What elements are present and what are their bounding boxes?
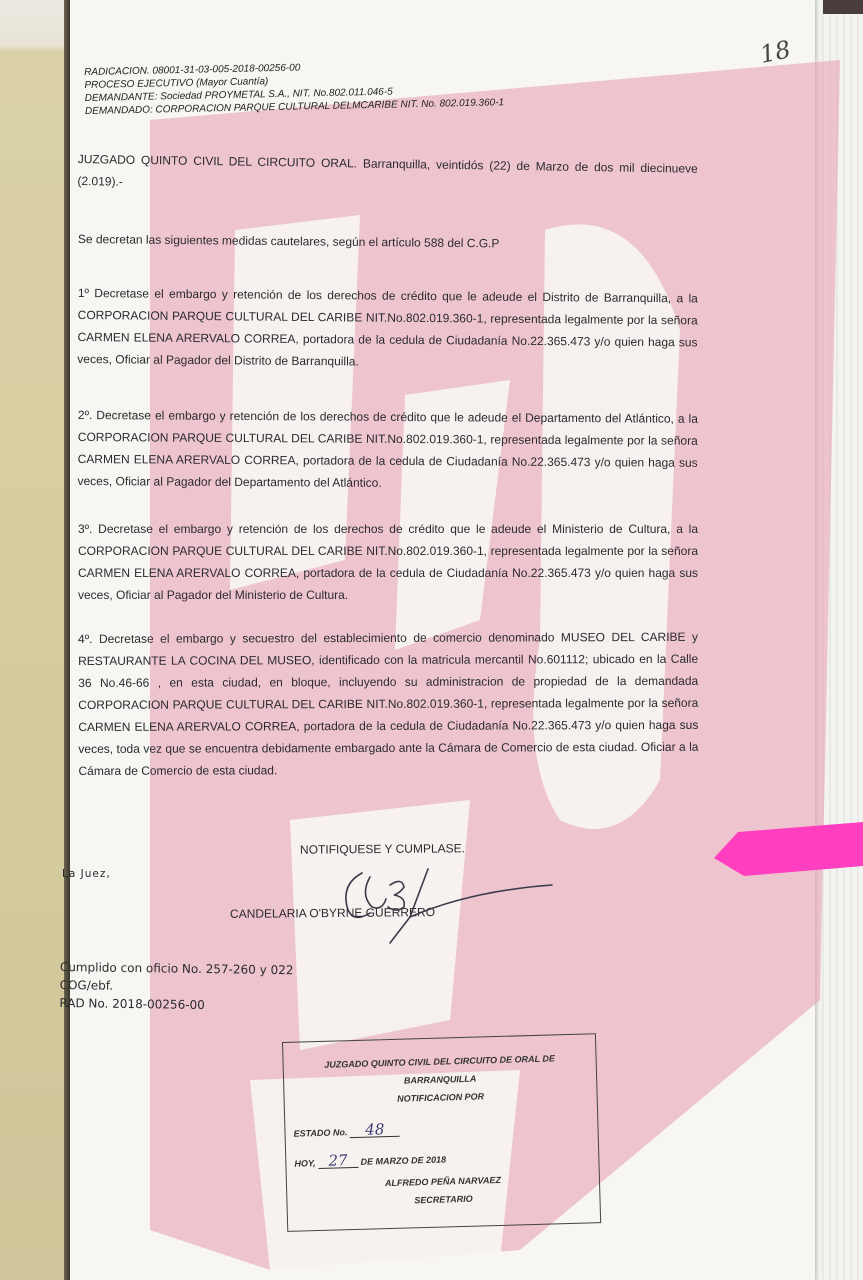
measure-paragraph-3: 3º. Decretase el embargo y retención de …: [78, 518, 698, 606]
stamp-secretary-title: SECRETARIO: [287, 1190, 599, 1209]
stamp-estado-label: ESTADO No.: [293, 1127, 347, 1138]
court-date-line: JUZGADO QUINTO CIVIL DEL CIRCUITO ORAL. …: [77, 148, 698, 202]
measure-paragraph-4: 4º. Decretase el embargo y secuestro del…: [78, 626, 699, 782]
folio-number: 18: [757, 35, 793, 69]
rad-note: RAD No. 2018-00256-00: [59, 994, 293, 1015]
stamp-date-suffix: DE MARZO DE 2018: [360, 1154, 446, 1166]
stamp-date-row: HOY, 27 DE MARZO DE 2018: [294, 1150, 446, 1169]
footer-notes: Cumplido con oficio No. 257-260 y 022 CO…: [59, 958, 293, 1015]
measure-paragraph-1: 1º Decretase el embargo y retención de l…: [77, 282, 698, 375]
pink-tab-flag: [714, 818, 863, 876]
case-header: RADICACION. 08001-31-03-005-2018-00256-0…: [84, 57, 504, 118]
measure-paragraph-2: 2º. Decretase el embargo y retención de …: [77, 404, 698, 496]
document-content: 18 RADICACION. 08001-31-03-005-2018-0025…: [0, 0, 863, 1280]
judge-signature: [320, 855, 560, 945]
judge-label: La Juez,: [62, 868, 111, 880]
stamp-hoy-label: HOY,: [294, 1158, 315, 1169]
intro-line: Se decretan las siguientes medidas caute…: [78, 228, 698, 256]
notification-stamp: JUZGADO QUINTO CIVIL DEL CIRCUITO DE ORA…: [282, 1033, 601, 1232]
stamp-hoy-value: 27: [318, 1153, 358, 1169]
stamp-estado-value: 48: [350, 1122, 400, 1138]
stamp-estado-row: ESTADO No. 48: [293, 1122, 400, 1140]
stamp-secretary-name: ALFREDO PEÑA NARVAEZ: [287, 1172, 599, 1191]
